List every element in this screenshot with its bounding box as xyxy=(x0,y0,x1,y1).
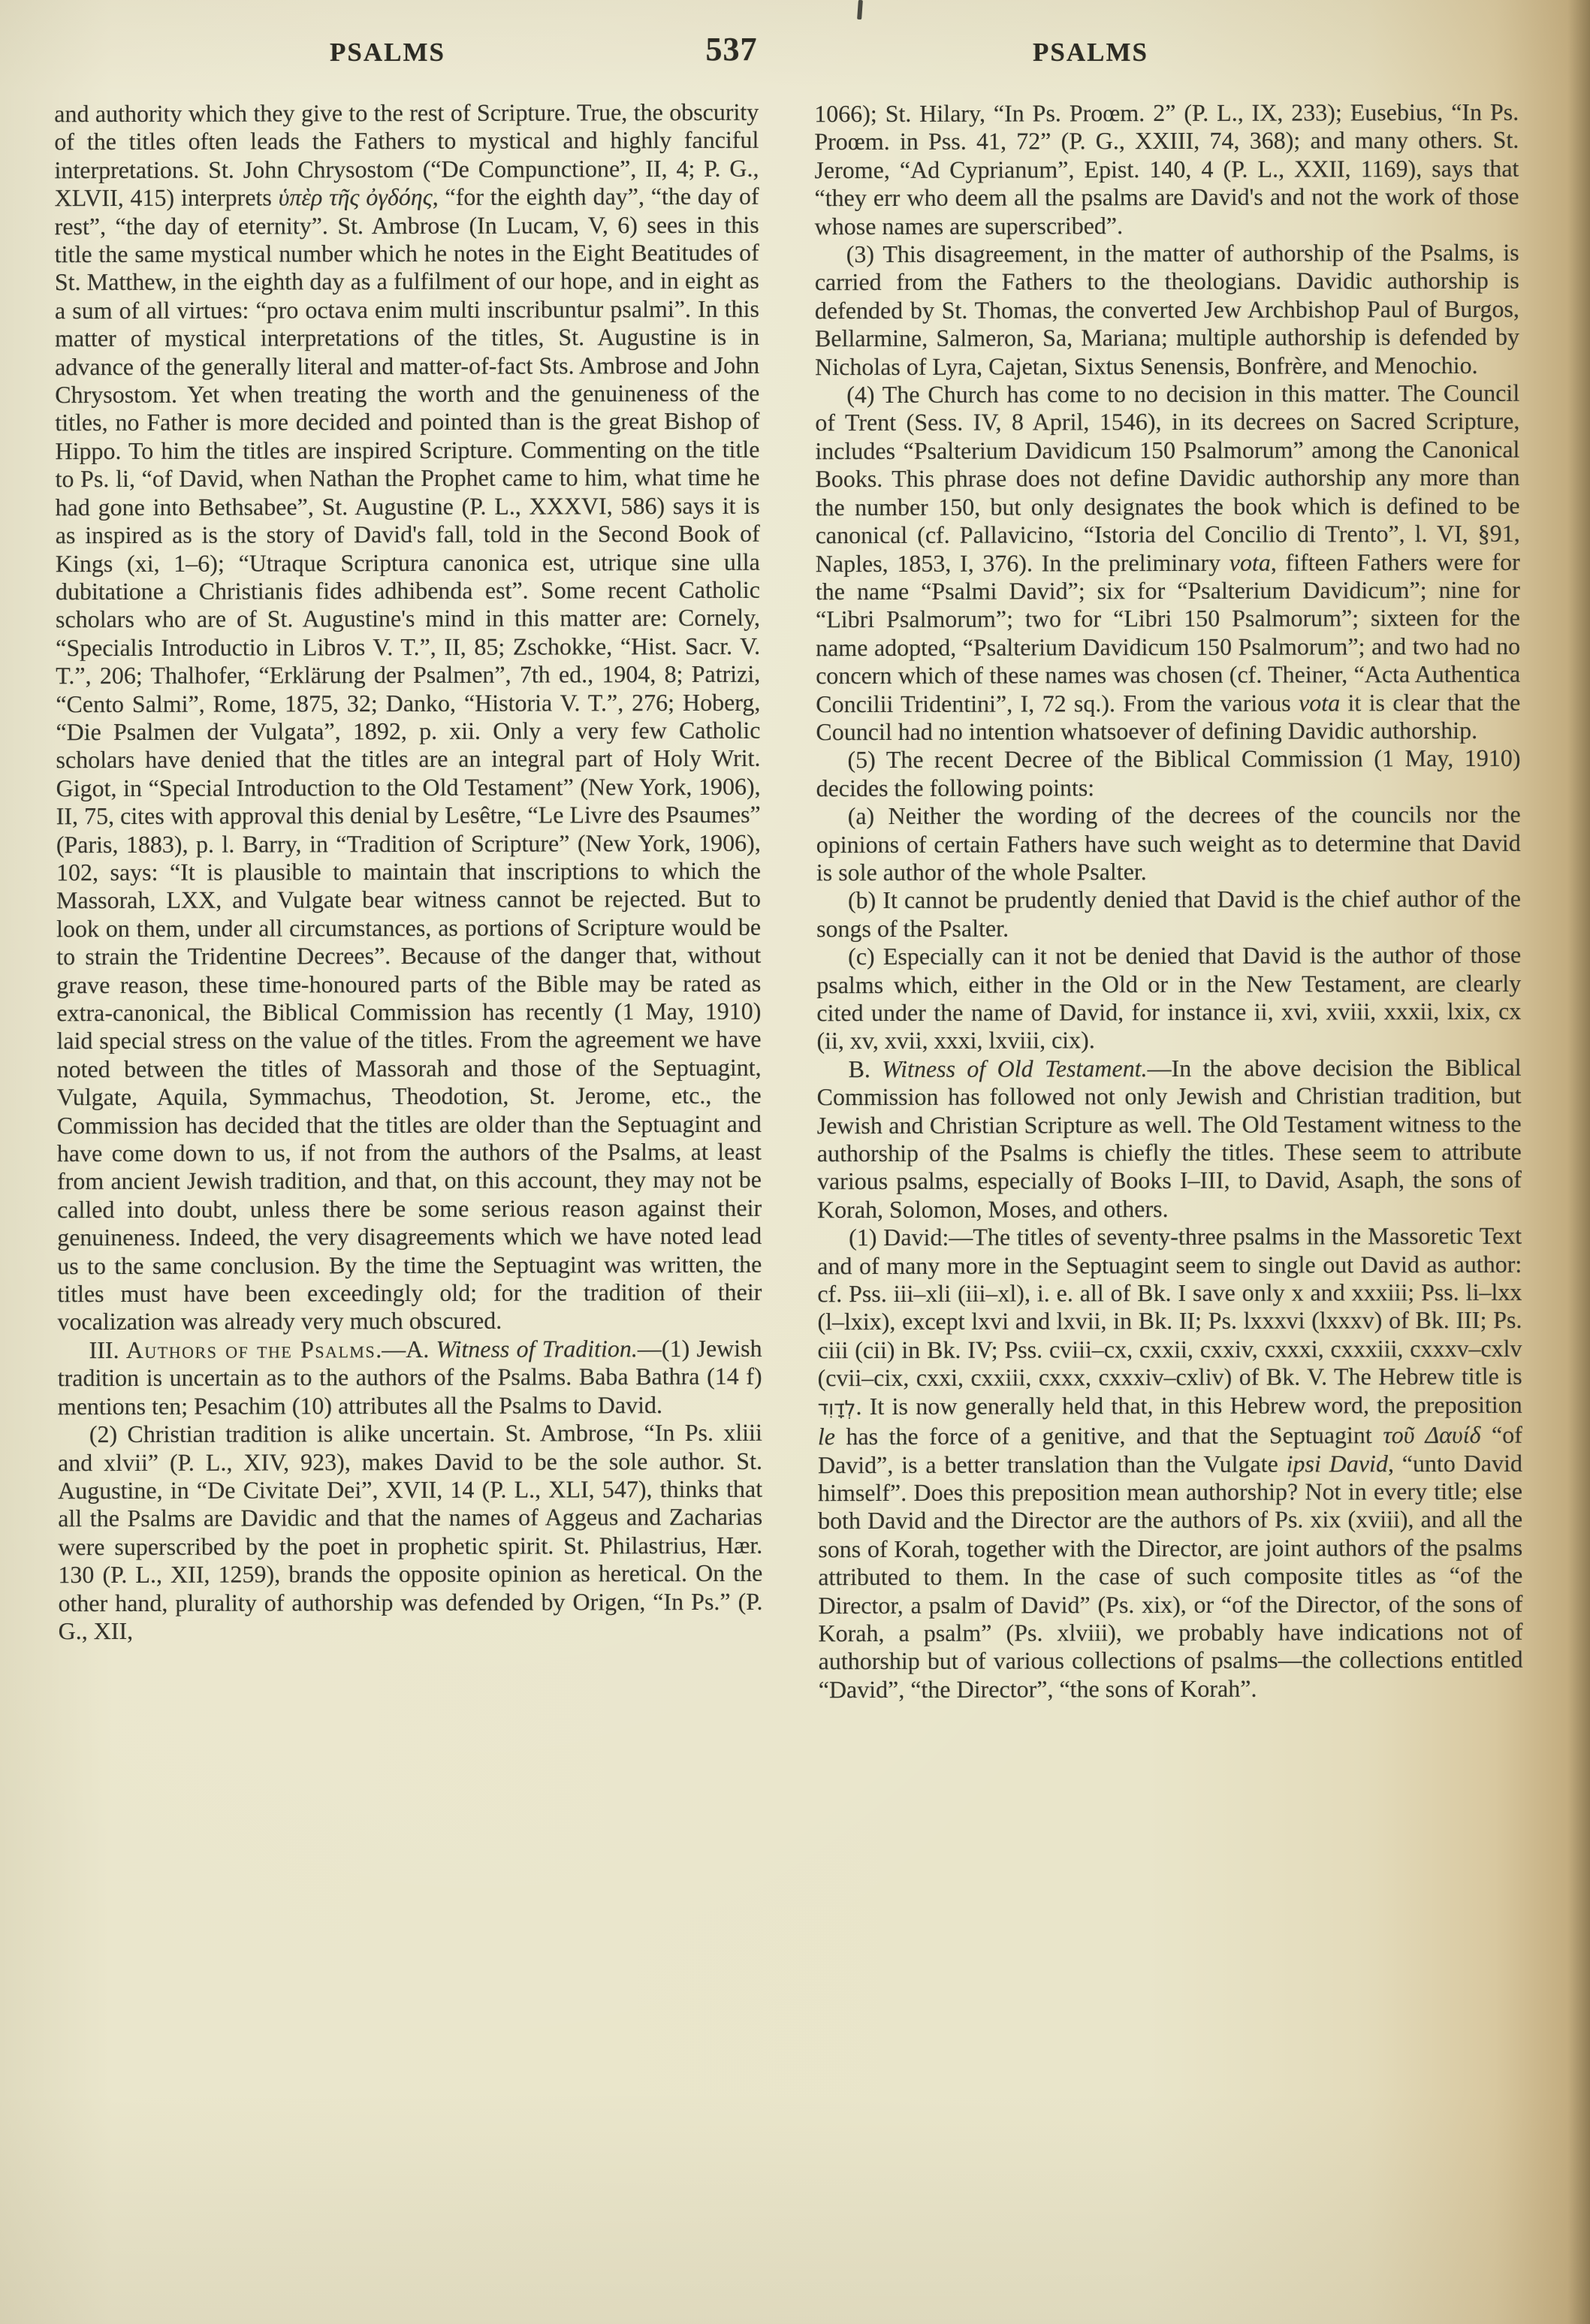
body-text: . It is now generally held that, in this… xyxy=(855,1390,1522,1419)
paragraph: B. Witness of Old Testament.—In the abov… xyxy=(816,1054,1522,1224)
body-text: .—A. xyxy=(376,1336,436,1363)
body-text: III. xyxy=(89,1336,126,1363)
italic-text: vota xyxy=(1299,689,1340,716)
body-text: (b) It cannot be prudently denied that D… xyxy=(816,885,1521,942)
scanned-book-page: PSALMS 537 PSALMS and authority which th… xyxy=(0,0,1590,2324)
paragraph: and authority which they give to the res… xyxy=(54,98,762,1336)
paragraph: (4) The Church has come to no decision i… xyxy=(815,379,1520,747)
body-text: (c) Especially can it not be denied that… xyxy=(816,941,1521,1055)
running-head-right: PSALMS xyxy=(760,36,1421,69)
paragraph: (c) Especially can it not be denied that… xyxy=(816,941,1521,1055)
italic-text: Witness of Old Testament. xyxy=(882,1055,1147,1082)
paragraph: (a) Neither the wording of the decrees o… xyxy=(816,801,1521,887)
body-text: (2) Christian tradition is alike uncerta… xyxy=(58,1419,763,1644)
body-text: (5) The recent Decree of the Biblical Co… xyxy=(816,744,1521,801)
body-text: 1066); St. Hilary, “In Ps. Proœm. 2” (P.… xyxy=(814,98,1519,240)
paragraph: III. Authors of the Psalms.—A. Witness o… xyxy=(58,1335,762,1421)
italic-text: vota xyxy=(1229,548,1271,575)
paragraph: (3) This disagreement, in the matter of … xyxy=(815,239,1519,381)
body-text: , “unto David himself”. Does this prepos… xyxy=(818,1449,1523,1703)
italic-text: Witness of Tradition. xyxy=(436,1335,638,1363)
italic-text: le xyxy=(818,1423,835,1450)
body-text: (1) David:—The titles of seventy-three p… xyxy=(817,1222,1522,1391)
body-text: B. xyxy=(848,1055,882,1082)
paragraph: (2) Christian tradition is alike uncerta… xyxy=(58,1419,763,1646)
body-text: (3) This disagreement, in the matter of … xyxy=(815,239,1519,380)
body-text: (a) Neither the wording of the decrees o… xyxy=(816,801,1521,886)
small-caps-heading: Authors of the Psalms xyxy=(126,1336,376,1363)
italic-text: ipsi David xyxy=(1287,1450,1388,1477)
hebrew-text: לְדָוִד xyxy=(818,1397,856,1420)
body-text: , “for the eighth day”, “the day of rest… xyxy=(55,183,762,1336)
body-text: (4) The Church has come to no decision i… xyxy=(815,379,1519,577)
running-head-left: PSALMS xyxy=(57,36,718,69)
text-column-left: and authority which they give to the res… xyxy=(54,98,765,2271)
paragraph: 1066); St. Hilary, “In Ps. Proœm. 2” (P.… xyxy=(814,98,1519,240)
body-text: has the force of a genitive, and that th… xyxy=(835,1421,1383,1450)
paragraph: (5) The recent Decree of the Biblical Co… xyxy=(816,744,1520,802)
text-column-right: 1066); St. Hilary, “In Ps. Proœm. 2” (P.… xyxy=(814,98,1525,2301)
scan-artifact-mark xyxy=(857,0,863,20)
paragraph: (1) David:—The titles of seventy-three p… xyxy=(817,1222,1523,1704)
italic-text: ὑπὲρ τῆς ὀγδόης xyxy=(279,183,433,211)
paragraph: (b) It cannot be prudently denied that D… xyxy=(816,885,1521,943)
italic-text: τοῦ Δαυίδ xyxy=(1383,1421,1480,1448)
